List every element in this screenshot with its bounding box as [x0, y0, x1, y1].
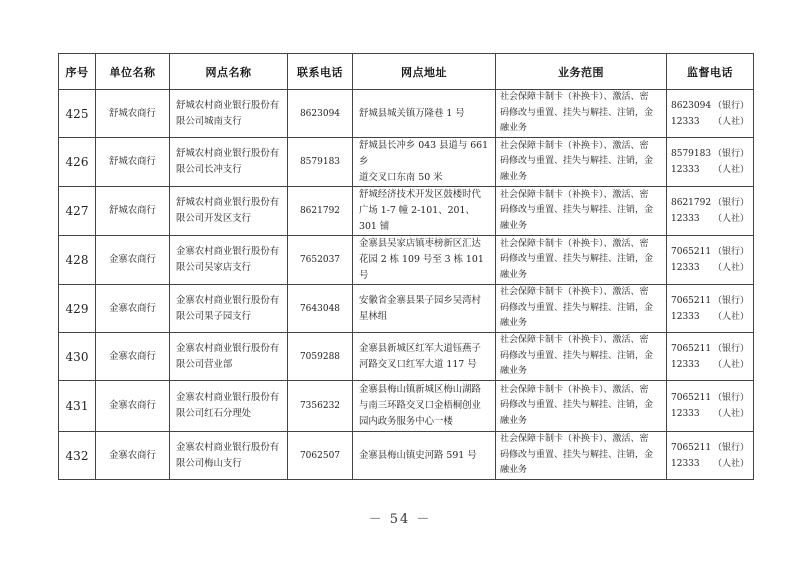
supervision-bank-number: 7065211 — [671, 293, 711, 309]
cell-contact-phone: 8623094 — [288, 90, 353, 138]
table-row: 429 金寨农商行 金寨农村商业银行股份有 限公司果子园支行 7643048 安… — [59, 285, 754, 333]
supervision-hr-number: 12333 — [671, 260, 700, 276]
business-scope-line: 码修改与重置、挂失与解挂、注销，金 — [500, 448, 663, 464]
supervision-bank: 7065211 （银行） — [671, 244, 753, 260]
address-line: 金寨县梅山镇新城区梅山湖路 — [359, 382, 491, 398]
business-scope-line: 社会保障卡制卡（补换卡）、激活、密 — [500, 383, 663, 399]
cell-supervision-phone: 7065211 （银行） 12333 （人社） — [667, 285, 754, 333]
address-line: 广场 1-7 幢 2-101、201、301 铺 — [359, 203, 491, 235]
cell-business-scope: 社会保障卡制卡（补换卡）、激活、密码修改与重置、挂失与解挂、注销，金融业务 — [496, 187, 667, 236]
cell-index: 426 — [59, 138, 96, 187]
supervision-hr-label: （人社） — [713, 357, 749, 373]
cell-branch-address: 舒城县长冲乡 043 县道与 661 乡道交叉口东南 50 米 — [353, 138, 496, 187]
supervision-bank-label: （银行） — [713, 293, 749, 309]
supervision-bank: 8579183 （银行） — [671, 146, 753, 162]
table-body: 425 舒城农商行 舒城农村商业银行股份有 限公司城南支行 8623094 舒城… — [59, 90, 754, 480]
cell-contact-phone: 7652037 — [288, 236, 353, 285]
business-scope-line: 码修改与重置、挂失与解挂、注销，金 — [500, 398, 663, 414]
cell-unit-name: 金寨农商行 — [96, 236, 170, 285]
business-scope-line: 码修改与重置、挂失与解挂、注销，金 — [500, 203, 663, 219]
cell-branch-name: 金寨农村商业银行股份有 限公司吴家店支行 — [170, 236, 288, 285]
branch-name-line: 舒城农村商业银行股份有 — [176, 195, 283, 211]
table-row: 430 金寨农商行 金寨农村商业银行股份有 限公司营业部 7059288 金寨县… — [59, 333, 754, 381]
cell-contact-phone: 7643048 — [288, 285, 353, 333]
business-scope-line: 码修改与重置、挂失与解挂、注销，金 — [500, 301, 663, 317]
branch-name-line: 金寨农村商业银行股份有 — [176, 341, 283, 357]
page-number: － 54 － — [0, 508, 800, 527]
branch-name-line: 限公司开发区支行 — [176, 211, 283, 227]
table-header-row: 序号 单位名称 网点名称 联系电话 网点地址 业务范围 监督电话 — [59, 54, 754, 90]
cell-branch-name: 金寨农村商业银行股份有 限公司果子园支行 — [170, 285, 288, 333]
table-row: 428 金寨农商行 金寨农村商业银行股份有 限公司吴家店支行 7652037 金… — [59, 236, 754, 285]
business-scope-line: 社会保障卡制卡（补换卡）、激活、密 — [500, 285, 663, 301]
supervision-hr-number: 12333 — [671, 309, 700, 325]
header-branch-name: 网点名称 — [170, 54, 288, 90]
branch-name-line: 金寨农村商业银行股份有 — [176, 293, 283, 309]
supervision-bank-label: （银行） — [713, 98, 749, 114]
supervision-hr: 12333 （人社） — [671, 456, 753, 472]
cell-contact-phone: 7062507 — [288, 432, 353, 480]
cell-business-scope: 社会保障卡制卡（补换卡）、激活、密码修改与重置、挂失与解挂、注销，金融业务 — [496, 90, 667, 138]
service-outlet-table: 序号 单位名称 网点名称 联系电话 网点地址 业务范围 监督电话 425 舒城农… — [58, 53, 754, 480]
table-row: 431 金寨农商行 金寨农村商业银行股份有 限公司红石分理处 7356232 金… — [59, 381, 754, 432]
address-line: 与南三环路交叉口金梧桐创业 — [359, 398, 491, 414]
address-line: 安徽省金寨县果子园乡吴湾村 — [359, 293, 491, 309]
business-scope-line: 社会保障卡制卡（补换卡）、激活、密 — [500, 237, 663, 253]
address-line: 金寨县梅山镇史河路 591 号 — [359, 448, 491, 464]
cell-index: 428 — [59, 236, 96, 285]
table-row: 425 舒城农商行 舒城农村商业银行股份有 限公司城南支行 8623094 舒城… — [59, 90, 754, 138]
table-row: 427 舒城农商行 舒城农村商业银行股份有 限公司开发区支行 8621792 舒… — [59, 187, 754, 236]
supervision-bank-label: （银行） — [713, 390, 749, 406]
supervision-bank-label: （银行） — [713, 440, 749, 456]
supervision-hr-label: （人社） — [713, 114, 749, 130]
supervision-bank-number: 7065211 — [671, 390, 711, 406]
supervision-hr: 12333 （人社） — [671, 260, 753, 276]
business-scope-line: 码修改与重置、挂失与解挂、注销，金 — [500, 252, 663, 268]
cell-index: 430 — [59, 333, 96, 381]
supervision-bank: 7065211 （银行） — [671, 341, 753, 357]
address-line: 道交叉口东南 50 米 — [359, 170, 491, 186]
cell-business-scope: 社会保障卡制卡（补换卡）、激活、密码修改与重置、挂失与解挂、注销，金融业务 — [496, 285, 667, 333]
supervision-bank-number: 7065211 — [671, 244, 711, 260]
supervision-hr: 12333 （人社） — [671, 211, 753, 227]
branch-name-line: 限公司长冲支行 — [176, 162, 283, 178]
cell-branch-address: 金寨县梅山镇新城区梅山湖路与南三环路交叉口金梧桐创业园内政务服务中心一楼 — [353, 381, 496, 432]
cell-branch-name: 金寨农村商业银行股份有 限公司红石分理处 — [170, 381, 288, 432]
business-scope-line: 社会保障卡制卡（补换卡）、激活、密 — [500, 432, 663, 448]
business-scope-line: 融业务 — [500, 316, 663, 332]
cell-branch-address: 安徽省金寨县果子园乡吴湾村星林组 — [353, 285, 496, 333]
cell-index: 432 — [59, 432, 96, 480]
cell-supervision-phone: 8621792 （银行） 12333 （人社） — [667, 187, 754, 236]
cell-branch-address: 金寨县新城区红军大道钰燕子河路交叉口红军大道 117 号 — [353, 333, 496, 381]
cell-branch-name: 金寨农村商业银行股份有 限公司营业部 — [170, 333, 288, 381]
cell-supervision-phone: 7065211 （银行） 12333 （人社） — [667, 381, 754, 432]
cell-business-scope: 社会保障卡制卡（补换卡）、激活、密码修改与重置、挂失与解挂、注销，金融业务 — [496, 236, 667, 285]
cell-supervision-phone: 7065211 （银行） 12333 （人社） — [667, 236, 754, 285]
supervision-bank: 8623094 （银行） — [671, 98, 753, 114]
cell-branch-name: 舒城农村商业银行股份有 限公司城南支行 — [170, 90, 288, 138]
header-index: 序号 — [59, 54, 96, 90]
supervision-hr: 12333 （人社） — [671, 162, 753, 178]
business-scope-line: 融业务 — [500, 364, 663, 380]
cell-contact-phone: 7356232 — [288, 381, 353, 432]
supervision-hr-label: （人社） — [713, 406, 749, 422]
supervision-bank-label: （银行） — [713, 195, 749, 211]
cell-contact-phone: 8621792 — [288, 187, 353, 236]
cell-index: 431 — [59, 381, 96, 432]
supervision-bank-label: （银行） — [713, 244, 749, 260]
branch-name-line: 限公司营业部 — [176, 357, 283, 373]
business-scope-line: 社会保障卡制卡（补换卡）、激活、密 — [500, 90, 663, 106]
supervision-bank-number: 8621792 — [671, 195, 711, 211]
address-line: 河路交叉口红军大道 117 号 — [359, 357, 491, 373]
header-unit-name: 单位名称 — [96, 54, 170, 90]
supervision-hr-number: 12333 — [671, 406, 700, 422]
cell-index: 425 — [59, 90, 96, 138]
address-line: 舒城经济技术开发区鼓楼时代 — [359, 187, 491, 203]
supervision-hr-label: （人社） — [713, 456, 749, 472]
branch-name-line: 金寨农村商业银行股份有 — [176, 390, 283, 406]
address-line: 园内政务服务中心一楼 — [359, 414, 491, 430]
business-scope-line: 融业务 — [500, 219, 663, 235]
business-scope-line: 社会保障卡制卡（补换卡）、激活、密 — [500, 188, 663, 204]
cell-supervision-phone: 7065211 （银行） 12333 （人社） — [667, 333, 754, 381]
supervision-bank: 7065211 （银行） — [671, 390, 753, 406]
supervision-bank-number: 8579183 — [671, 146, 711, 162]
branch-name-line: 舒城农村商业银行股份有 — [176, 146, 283, 162]
business-scope-line: 融业务 — [500, 170, 663, 186]
address-line: 舒城县长冲乡 043 县道与 661 乡 — [359, 138, 491, 170]
branch-name-line: 限公司果子园支行 — [176, 309, 283, 325]
business-scope-line: 码修改与重置、挂失与解挂、注销，金 — [500, 349, 663, 365]
supervision-bank: 8621792 （银行） — [671, 195, 753, 211]
cell-branch-name: 舒城农村商业银行股份有 限公司长冲支行 — [170, 138, 288, 187]
header-branch-address: 网点地址 — [353, 54, 496, 90]
cell-branch-address: 金寨县梅山镇史河路 591 号 — [353, 432, 496, 480]
supervision-hr-number: 12333 — [671, 357, 700, 373]
business-scope-line: 社会保障卡制卡（补换卡）、激活、密 — [500, 333, 663, 349]
supervision-bank-number: 7065211 — [671, 341, 711, 357]
cell-branch-name: 舒城农村商业银行股份有 限公司开发区支行 — [170, 187, 288, 236]
branch-name-line: 限公司梅山支行 — [176, 456, 283, 472]
cell-unit-name: 金寨农商行 — [96, 333, 170, 381]
supervision-bank-label: （银行） — [713, 341, 749, 357]
business-scope-line: 社会保障卡制卡（补换卡）、激活、密 — [500, 139, 663, 155]
cell-business-scope: 社会保障卡制卡（补换卡）、激活、密码修改与重置、挂失与解挂、注销，金融业务 — [496, 333, 667, 381]
cell-unit-name: 金寨农商行 — [96, 381, 170, 432]
cell-contact-phone: 7059288 — [288, 333, 353, 381]
cell-branch-name: 金寨农村商业银行股份有 限公司梅山支行 — [170, 432, 288, 480]
business-scope-line: 码修改与重置、挂失与解挂、注销，金 — [500, 106, 663, 122]
table-row: 426 舒城农商行 舒城农村商业银行股份有 限公司长冲支行 8579183 舒城… — [59, 138, 754, 187]
business-scope-line: 融业务 — [500, 268, 663, 284]
supervision-bank: 7065211 （银行） — [671, 440, 753, 456]
supervision-hr: 12333 （人社） — [671, 309, 753, 325]
branch-name-line: 限公司红石分理处 — [176, 406, 283, 422]
branch-name-line: 金寨农村商业银行股份有 — [176, 244, 283, 260]
cell-unit-name: 金寨农商行 — [96, 432, 170, 480]
business-scope-line: 融业务 — [500, 414, 663, 430]
address-line: 花园 2 栋 109 号至 3 栋 101 号 — [359, 252, 491, 284]
document-page: 序号 单位名称 网点名称 联系电话 网点地址 业务范围 监督电话 425 舒城农… — [0, 0, 800, 565]
business-scope-line: 融业务 — [500, 463, 663, 479]
supervision-bank-number: 8623094 — [671, 98, 711, 114]
cell-branch-address: 金寨县吴家店镇枣榜新区汇达花园 2 栋 109 号至 3 栋 101 号 — [353, 236, 496, 285]
header-contact-phone: 联系电话 — [288, 54, 353, 90]
cell-branch-address: 舒城经济技术开发区鼓楼时代广场 1-7 幢 2-101、201、301 铺 — [353, 187, 496, 236]
business-scope-line: 码修改与重置、挂失与解挂、注销，金 — [500, 154, 663, 170]
supervision-bank-label: （银行） — [713, 146, 749, 162]
cell-index: 429 — [59, 285, 96, 333]
cell-business-scope: 社会保障卡制卡（补换卡）、激活、密码修改与重置、挂失与解挂、注销，金融业务 — [496, 432, 667, 480]
cell-unit-name: 舒城农商行 — [96, 90, 170, 138]
supervision-hr-number: 12333 — [671, 162, 700, 178]
address-line: 金寨县吴家店镇枣榜新区汇达 — [359, 236, 491, 252]
branch-name-line: 金寨农村商业银行股份有 — [176, 440, 283, 456]
cell-unit-name: 舒城农商行 — [96, 138, 170, 187]
supervision-hr-label: （人社） — [713, 211, 749, 227]
branch-name-line: 舒城农村商业银行股份有 — [176, 98, 283, 114]
cell-contact-phone: 8579183 — [288, 138, 353, 187]
supervision-hr-label: （人社） — [713, 309, 749, 325]
address-line: 星林组 — [359, 309, 491, 325]
supervision-bank-number: 7065211 — [671, 440, 711, 456]
business-scope-line: 融业务 — [500, 121, 663, 137]
supervision-hr-label: （人社） — [713, 260, 749, 276]
header-supervision-phone: 监督电话 — [667, 54, 754, 90]
cell-branch-address: 舒城县城关镇万隆巷 1 号 — [353, 90, 496, 138]
address-line: 金寨县新城区红军大道钰燕子 — [359, 341, 491, 357]
cell-supervision-phone: 8623094 （银行） 12333 （人社） — [667, 90, 754, 138]
cell-business-scope: 社会保障卡制卡（补换卡）、激活、密码修改与重置、挂失与解挂、注销，金融业务 — [496, 381, 667, 432]
cell-supervision-phone: 7065211 （银行） 12333 （人社） — [667, 432, 754, 480]
cell-unit-name: 金寨农商行 — [96, 285, 170, 333]
cell-supervision-phone: 8579183 （银行） 12333 （人社） — [667, 138, 754, 187]
header-business-scope: 业务范围 — [496, 54, 667, 90]
supervision-hr-number: 12333 — [671, 114, 700, 130]
cell-unit-name: 舒城农商行 — [96, 187, 170, 236]
address-line: 舒城县城关镇万隆巷 1 号 — [359, 106, 491, 122]
supervision-hr: 12333 （人社） — [671, 406, 753, 422]
branch-name-line: 限公司城南支行 — [176, 114, 283, 130]
supervision-hr-number: 12333 — [671, 456, 700, 472]
cell-business-scope: 社会保障卡制卡（补换卡）、激活、密码修改与重置、挂失与解挂、注销，金融业务 — [496, 138, 667, 187]
supervision-hr-number: 12333 — [671, 211, 700, 227]
supervision-hr-label: （人社） — [713, 162, 749, 178]
cell-index: 427 — [59, 187, 96, 236]
supervision-bank: 7065211 （银行） — [671, 293, 753, 309]
branch-name-line: 限公司吴家店支行 — [176, 260, 283, 276]
supervision-hr: 12333 （人社） — [671, 357, 753, 373]
table-row: 432 金寨农商行 金寨农村商业银行股份有 限公司梅山支行 7062507 金寨… — [59, 432, 754, 480]
supervision-hr: 12333 （人社） — [671, 114, 753, 130]
